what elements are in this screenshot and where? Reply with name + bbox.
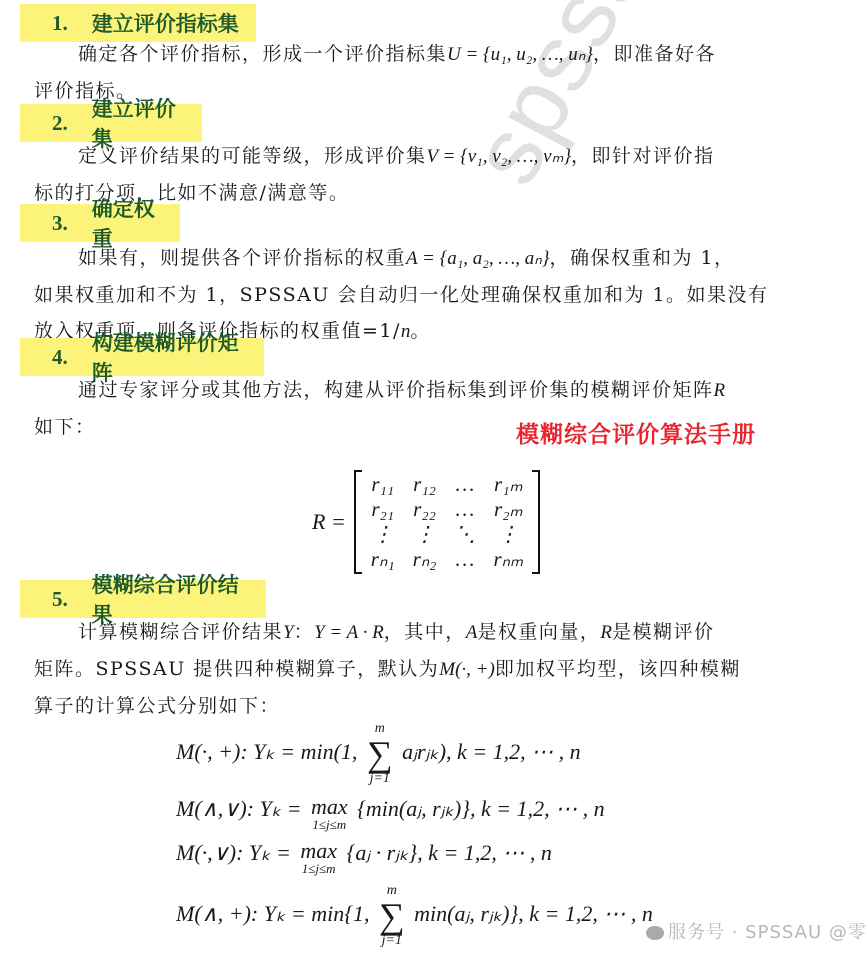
math-n: n — [401, 321, 411, 342]
matrix-cell: r₂₂ — [404, 497, 446, 522]
section-title: 建立评价指标集 — [92, 8, 239, 38]
body-text: 是权重向量， — [477, 621, 600, 643]
matrix-cell: … — [445, 497, 484, 522]
math-r: R — [600, 622, 612, 643]
body-text: 计算模糊综合评价结果 — [78, 621, 283, 643]
body-text: 定义评价结果的可能等级，形成评价集 — [78, 145, 427, 167]
matrix-cell: … — [445, 472, 484, 497]
body-text: ，确保权重和为 1， — [549, 247, 734, 269]
matrix-cell: r₁ₘ — [484, 472, 532, 497]
formula-lhs: M(∧,∨): Yₖ = — [176, 796, 301, 821]
formula-rhs: {aⱼ · rⱼₖ}, k = 1,2, ⋯ , n — [347, 840, 552, 865]
body-text: ，其中， — [384, 621, 466, 643]
body-text: 如下： — [34, 416, 96, 438]
formula-lhs: M(·, +): Yₖ = min(1, — [176, 739, 357, 764]
sum-lower: j=1 — [367, 772, 393, 786]
section-number: 2. — [52, 111, 68, 136]
summation-icon: m ∑ j=1 — [367, 722, 393, 786]
formula-rhs: {min(aⱼ, rⱼₖ)}, k = 1,2, ⋯ , n — [357, 796, 604, 821]
max-label: max — [311, 796, 348, 818]
max-subscript: 1≤j≤m — [300, 862, 337, 875]
footer-watermark-text: 服务号 · SPSSAU @零度浪漫1991 — [668, 922, 865, 943]
formula-bounded-sum: M(∧, +): Yₖ = min{1, m ∑ j=1 min(aⱼ, rⱼₖ… — [176, 884, 653, 948]
math-a: A — [466, 622, 478, 643]
body-text: ，即针对评价指 — [571, 145, 715, 167]
section-number: 5. — [52, 587, 68, 612]
matrix-cell: ⋮ — [362, 522, 404, 547]
section-heading-2: 2. 建立评价集 — [20, 104, 202, 142]
math-set-a: A = {a₁, a₂, …, aₙ} — [406, 248, 549, 269]
sigma: ∑ — [367, 736, 393, 772]
body-text: 确定各个评价指标，形成一个评价指标集 — [78, 43, 447, 65]
math-y: Y — [283, 622, 294, 643]
section-heading-3: 3. 确定权重 — [20, 204, 180, 242]
math-y-equals-ar: Y = A · R — [314, 622, 384, 643]
summation-icon: m ∑ j=1 — [379, 884, 405, 948]
max-operator: max 1≤j≤m — [311, 796, 348, 831]
body-text: 如果有，则提供各个评价指标的权重 — [78, 247, 406, 269]
footer-watermark: 服务号 · SPSSAU @零度浪漫1991 — [646, 918, 865, 944]
formula-rhs: aⱼrⱼₖ), k = 1,2, ⋯ , n — [402, 739, 581, 764]
body-text: 标的打分项，比如不满意/满意等。 — [34, 182, 349, 204]
matrix-cell: ⋮ — [484, 522, 532, 547]
body-text: 。 — [410, 320, 431, 342]
matrix-cell: r₁₁ — [362, 472, 404, 497]
matrix-cell: rₙₘ — [484, 547, 532, 572]
formula-lhs: M(·,∨): Yₖ = — [176, 840, 291, 865]
max-label: max — [300, 840, 337, 862]
matrix-row: r₂₁ r₂₂ … r₂ₘ — [362, 497, 532, 522]
math-set-u: U = {u₁, u₂, …, uₙ} — [447, 44, 593, 65]
banner-title: 模糊综合评价算法手册 — [516, 416, 756, 449]
section-number: 1. — [52, 11, 68, 36]
matrix-lhs: R = — [312, 509, 346, 535]
body-text: 算子的计算公式分别如下： — [34, 695, 280, 717]
matrix-row: r₁₁ r₁₂ … r₁ₘ — [362, 472, 532, 497]
math-set-v: V = {v₁, v₂, …, vₘ} — [427, 146, 572, 167]
matrix-row: ⋮ ⋮ ⋱ ⋮ — [362, 522, 532, 547]
body-text: 是模糊评价 — [612, 621, 715, 643]
body-text: ： — [294, 621, 315, 643]
math-operator: M(·, +) — [439, 659, 495, 680]
matrix-cell: rₙ₁ — [362, 547, 404, 572]
formula-lhs: M(∧, +): Yₖ = min{1, — [176, 901, 370, 926]
formula-main-factor: M(∧,∨): Yₖ = max 1≤j≤m {min(aⱼ, rⱼₖ)}, k… — [176, 796, 605, 831]
formula-rhs: min(aⱼ, rⱼₖ)}, k = 1,2, ⋯ , n — [414, 901, 653, 926]
formula-main-product: M(·,∨): Yₖ = max 1≤j≤m {aⱼ · rⱼₖ}, k = 1… — [176, 840, 552, 875]
body-text: 如果权重加和不为 1，SPSSAU 会自动归一化处理确保权重加和为 1。如果没有 — [34, 284, 769, 306]
matrix-row: rₙ₁ rₙ₂ … rₙₘ — [362, 547, 532, 572]
math-r: R — [714, 380, 726, 401]
body-text: 即加权平均型，该四种模糊 — [495, 658, 741, 680]
matrix-cell: r₁₂ — [404, 472, 446, 497]
matrix-cell: r₂ₘ — [484, 497, 532, 522]
section-heading-5: 5. 模糊综合评价结果 — [20, 580, 266, 618]
section-number: 3. — [52, 211, 68, 236]
sum-lower: j=1 — [379, 934, 405, 948]
sigma: ∑ — [379, 898, 405, 934]
wechat-icon — [646, 926, 664, 940]
section-heading-4: 4. 构建模糊评价矩阵 — [20, 338, 264, 376]
max-operator: max 1≤j≤m — [300, 840, 337, 875]
body-text: ，即准备好各 — [593, 43, 716, 65]
matrix-cell: … — [445, 547, 484, 572]
section-number: 4. — [52, 345, 68, 370]
matrix-cell: rₙ₂ — [404, 547, 446, 572]
matrix-cell: ⋱ — [445, 522, 484, 547]
formula-weighted-average: M(·, +): Yₖ = min(1, m ∑ j=1 aⱼrⱼₖ), k =… — [176, 722, 581, 786]
matrix-cell: ⋮ — [404, 522, 446, 547]
fuzzy-evaluation-matrix: R = r₁₁ r₁₂ … r₁ₘ r₂₁ r₂₂ … r₂ₘ ⋮ ⋮ ⋱ ⋮ — [312, 470, 540, 574]
body-text: 矩阵。SPSSAU 提供四种模糊算子，默认为 — [34, 658, 439, 680]
max-subscript: 1≤j≤m — [311, 818, 348, 831]
section-5-body: 计算模糊综合评价结果Y：Y = A · R，其中，A是权重向量，R是模糊评价 矩… — [34, 614, 834, 724]
matrix-brackets: r₁₁ r₁₂ … r₁ₘ r₂₁ r₂₂ … r₂ₘ ⋮ ⋮ ⋱ ⋮ rₙ₁ … — [354, 470, 540, 574]
matrix-cell: r₂₁ — [362, 497, 404, 522]
body-text: 通过专家评分或其他方法，构建从评价指标集到评价集的模糊评价矩阵 — [78, 379, 714, 401]
